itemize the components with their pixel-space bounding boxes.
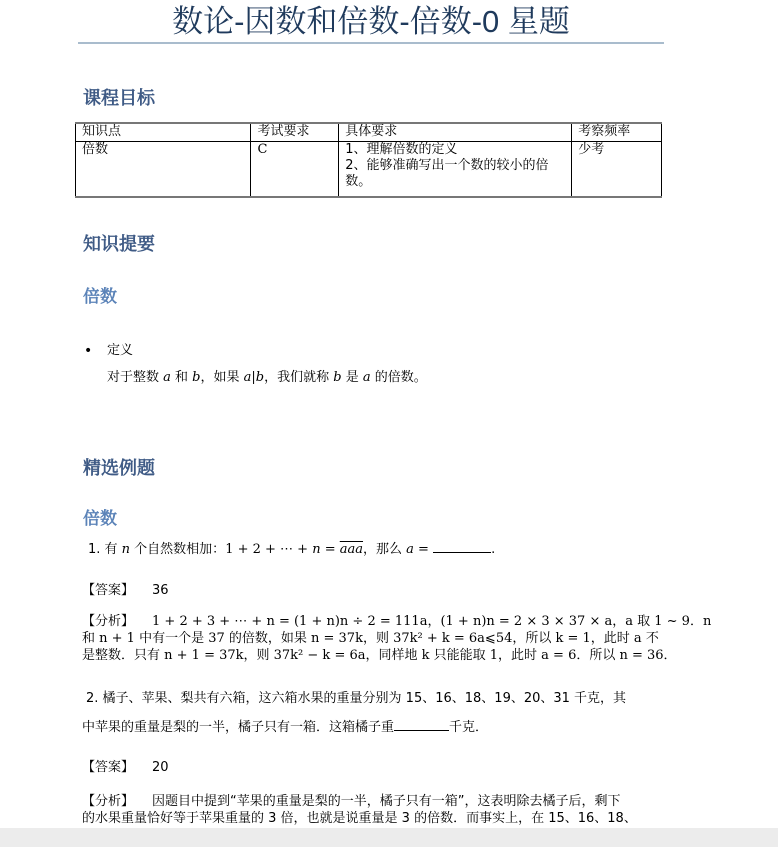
requirement-2-cont: 数。 <box>345 174 565 190</box>
requirement-2: 2、能够准确写出一个数的较小的倍 <box>345 158 565 174</box>
example-1-question: 1. 有 n 个自然数相加：1 + 2 + ⋯ + n = aaa，那么 a =… <box>88 540 495 558</box>
header-topic: 知识点 <box>76 123 251 142</box>
bullet-icon: • <box>84 343 92 359</box>
cell-frequency: 少考 <box>572 142 662 198</box>
answer-value: 20 <box>152 760 169 775</box>
table-row: 倍数 C 1、理解倍数的定义 2、能够准确写出一个数的较小的倍 数。 少考 <box>76 142 662 198</box>
cell-topic: 倍数 <box>76 142 251 198</box>
document-title: 数论-因数和倍数-倍数-0 星题 <box>78 2 664 42</box>
header-requirements: 具体要求 <box>339 123 572 142</box>
document-page: 数论-因数和倍数-倍数-0 星题 课程目标 知识点 考试要求 具体要求 考察频率… <box>0 0 778 828</box>
answer-blank <box>394 718 449 731</box>
example-1-analysis: 【分析】1 + 2 + 3 + ⋯ + n = (1 + n)n ÷ 2 = 1… <box>82 613 711 664</box>
requirement-1: 1、理解倍数的定义 <box>345 142 565 158</box>
example-2-question-line1: 2. 橘子、苹果、梨共有六箱，这六箱水果的重量分别为 15、16、18、19、2… <box>86 690 626 707</box>
answer-value: 36 <box>152 583 169 598</box>
viewer-bottom-bar <box>0 828 778 847</box>
section-heading-goals: 课程目标 <box>83 84 155 110</box>
cell-requirements: 1、理解倍数的定义 2、能够准确写出一个数的较小的倍 数。 <box>339 142 572 198</box>
bullet-label-definition: 定义 <box>107 342 133 359</box>
example-1-answer: 【答案】36 <box>82 582 169 599</box>
header-level: 考试要求 <box>251 123 339 142</box>
section-heading-knowledge: 知识提要 <box>83 230 155 256</box>
analysis-label: 【分析】 <box>82 614 134 629</box>
subsection-heading-examples-multiples: 倍数 <box>83 504 117 529</box>
title-divider <box>78 42 664 44</box>
answer-label: 【答案】 <box>82 583 134 598</box>
cell-level: C <box>251 142 339 198</box>
example-2-question-line2: 中苹果的重量是梨的一半，橘子只有一箱．这箱橘子重千克． <box>82 718 488 736</box>
goals-table: 知识点 考试要求 具体要求 考察频率 倍数 C 1、理解倍数的定义 2、能够准确… <box>75 122 662 198</box>
analysis-label: 【分析】 <box>82 794 134 809</box>
section-heading-examples: 精选例题 <box>83 454 155 480</box>
example-2-answer: 【答案】20 <box>82 759 169 776</box>
example-2-analysis: 【分析】因题目中提到“苹果的重量是梨的一半，橘子只有一箱”，这表明除去橘子后，剩… <box>82 793 637 827</box>
answer-label: 【答案】 <box>82 760 134 775</box>
answer-blank <box>433 540 491 553</box>
subsection-heading-multiples: 倍数 <box>83 282 117 307</box>
table-header-row: 知识点 考试要求 具体要求 考察频率 <box>76 123 662 142</box>
header-frequency: 考察频率 <box>572 123 662 142</box>
definition-text: 对于整数 a 和 b，如果 a|b，我们就称 b 是 a 的倍数。 <box>107 369 427 386</box>
